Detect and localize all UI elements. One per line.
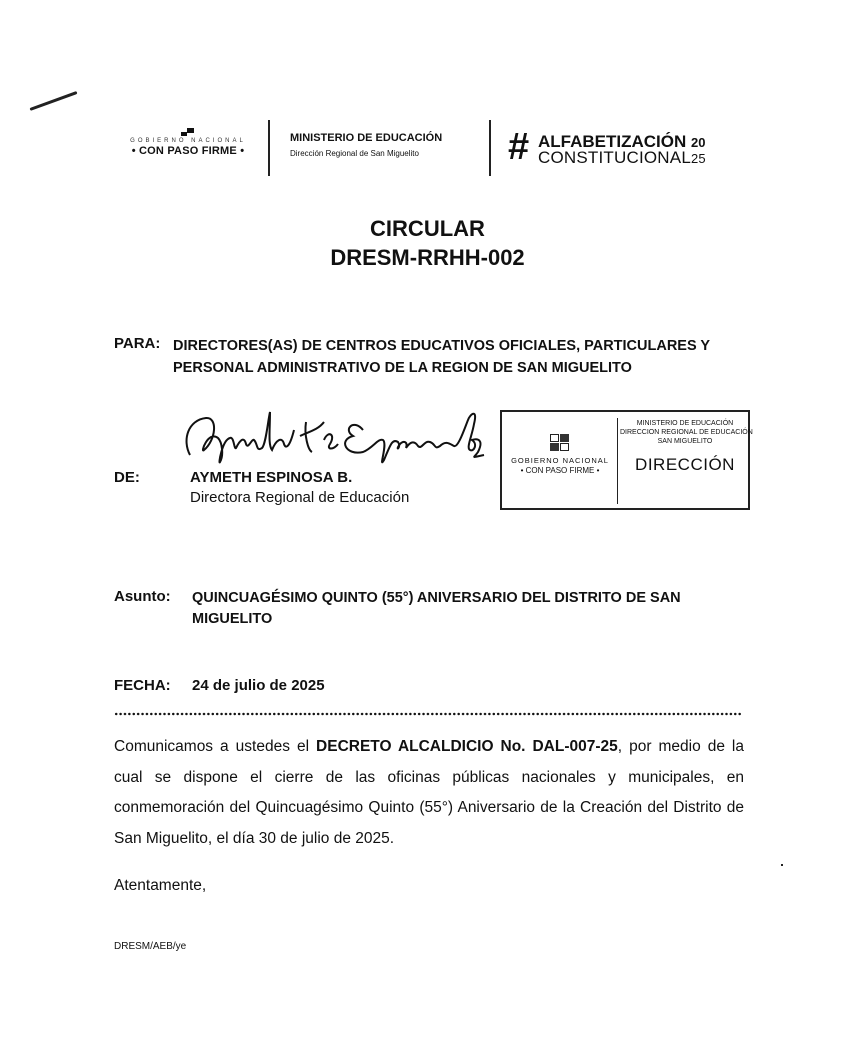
ministerio-subtitle: Dirección Regional de San Miguelito [290,149,475,158]
asunto-value: QUINCUAGÉSIMO QUINTO (55°) ANIVERSARIO D… [192,588,732,630]
asterisk-separator [114,712,742,716]
panama-flag-icon [550,434,570,452]
asunto-label: Asunto: [114,588,171,605]
gobierno-nacional-logo: GOBIERNO NACIONAL • CON PASO FIRME • [118,128,258,157]
para-label: PARA: [114,335,160,352]
stamp-direccion: DIRECCIÓN [620,455,750,475]
official-stamp: GOBIERNO NACIONAL • CON PASO FIRME • MIN… [500,410,750,510]
reference-initials: DRESM/AEB/ye [114,941,186,952]
pen-mark [29,91,77,111]
de-label: DE: [114,469,140,486]
ministerio-title: MINISTERIO DE EDUCACIÓN [290,132,475,144]
signature [178,400,498,475]
para-value: DIRECTORES(AS) DE CENTROS EDUCATIVOS OFI… [173,335,773,379]
stamp-left: GOBIERNO NACIONAL • CON PASO FIRME • [506,434,614,475]
hashtag-icon: # [508,130,529,164]
header-divider [489,120,491,176]
ministerio-logo: MINISTERIO DE EDUCACIÓN Dirección Region… [290,132,475,158]
document-type: CIRCULAR [0,216,855,242]
fecha-label: FECHA: [114,677,171,694]
sender-role: Directora Regional de Educación [190,489,409,506]
stamp-divider [617,418,618,504]
header-divider [268,120,270,176]
gobierno-logo-line1: GOBIERNO NACIONAL [118,138,258,144]
gobierno-logo-line2: • CON PASO FIRME • [118,145,258,157]
panama-flag-icon [181,128,195,136]
decree-reference: DECRETO ALCALDICIO No. DAL-007-25 [316,738,618,755]
fecha-value: 24 de julio de 2025 [192,677,325,694]
closing: Atentamente, [114,877,206,895]
body-paragraph: Comunicamos a ustedes el DECRETO ALCALDI… [114,732,744,854]
document-code: DRESM-RRHH-002 [0,245,855,271]
sender-name: AYMETH ESPINOSA B. [190,469,352,486]
campaign-line2: CONSTITUCIONAL25 [538,149,706,168]
scan-speck [781,864,783,866]
stamp-right: MINISTERIO DE EDUCACIÓN DIRECCION REGION… [620,420,750,475]
